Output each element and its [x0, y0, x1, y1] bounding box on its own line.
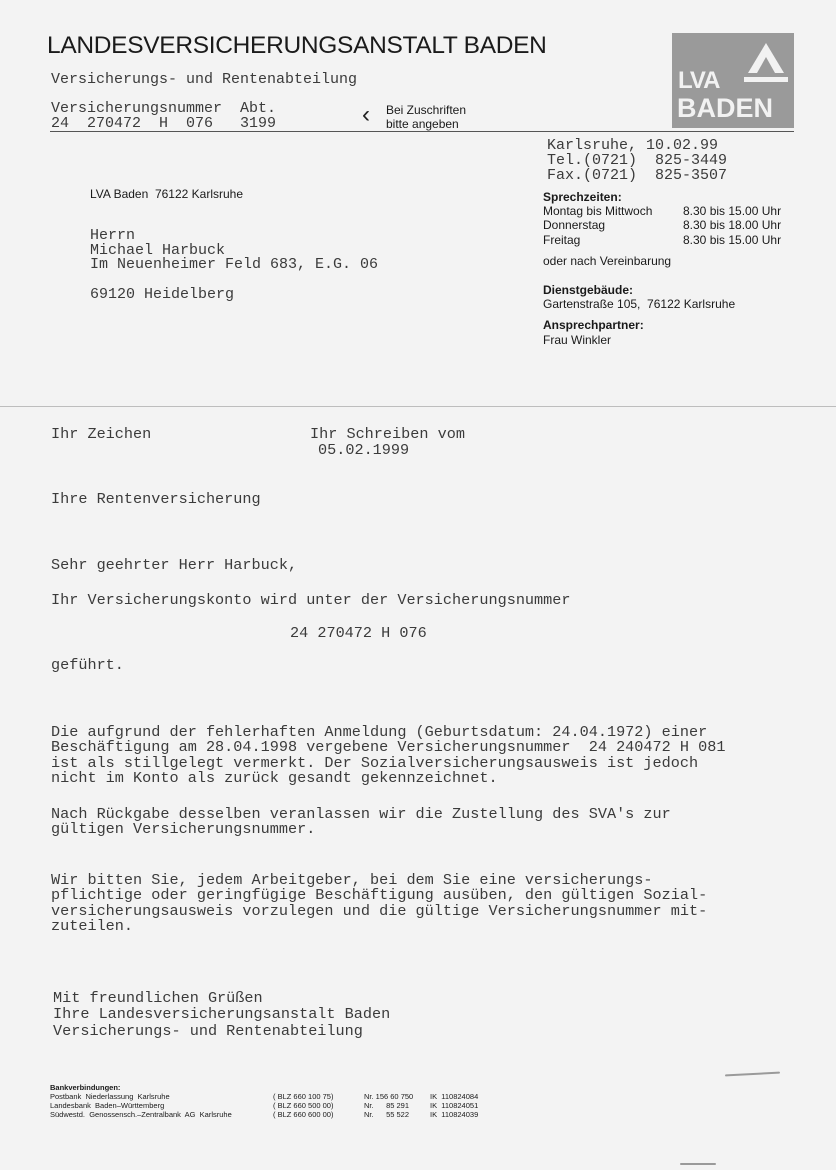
- bank-blz: ( BLZ 660 600 00): [273, 1111, 333, 1120]
- reference-label: Versicherungsnummer Abt.: [51, 101, 276, 116]
- office-hours-time: 8.30 bis 15.00 Uhr: [683, 233, 781, 248]
- recipient-street: Im Neuenheimer Feld 683, E.G. 06: [90, 256, 378, 273]
- contact-block: Karlsruhe, 10.02.99 Tel.(0721) 825-3449 …: [547, 138, 727, 183]
- your-letter-date: 05.02.1999: [318, 442, 409, 458]
- bank-account-number: Nr. 55 522: [364, 1111, 409, 1120]
- bank-title: Bankverbindungen:: [50, 1083, 120, 1092]
- scan-mark: [725, 1072, 780, 1077]
- salutation: Sehr geehrter Herr Harbuck,: [51, 557, 297, 573]
- office-hours-time: 8.30 bis 15.00 Uhr: [683, 204, 781, 219]
- logo-text-baden: BADEN: [677, 93, 773, 124]
- building-address: Gartenstraße 105, 76122 Karlsruhe: [543, 297, 735, 311]
- closing: Mit freundlichen Grüßen Ihre Landesversi…: [53, 990, 390, 1039]
- hint-line-2: bitte angeben: [386, 117, 459, 131]
- recipient-city: 69120 Heidelberg: [90, 287, 234, 303]
- logo-bar: [744, 77, 788, 82]
- your-reference-label: Ihr Zeichen: [51, 426, 151, 442]
- paragraph-1-end: geführt.: [51, 657, 124, 673]
- paragraph-1: Ihr Versicherungskonto wird unter der Ve…: [51, 592, 571, 608]
- chevron-left-icon: ‹: [362, 103, 370, 127]
- department-subtitle: Versicherungs- und Rentenabteilung: [51, 72, 357, 88]
- office-hours-note: oder nach Vereinbarung: [543, 254, 671, 268]
- hint-line-1: Bei Zuschriften: [386, 103, 466, 117]
- reference-hint: Bei Zuschriften bitte angeben: [386, 103, 466, 131]
- bank-ik: IK 110824039: [430, 1111, 478, 1120]
- insurance-number: 24 270472 H 076: [290, 625, 427, 641]
- header-rule: [50, 131, 794, 132]
- office-hours-days: Freitag: [543, 233, 580, 248]
- contact-person: Frau Winkler: [543, 333, 611, 347]
- your-letter-label: Ihr Schreiben vom: [310, 426, 465, 442]
- office-hours-days: Donnerstag: [543, 218, 605, 233]
- office-hours-title: Sprechzeiten:: [543, 190, 622, 204]
- subject-line: Ihre Rentenversicherung: [51, 491, 261, 507]
- paragraph-3: Nach Rückgabe desselben veranlassen wir …: [51, 807, 671, 838]
- building-title: Dienstgebäude:: [543, 283, 633, 297]
- fax: Fax.(0721) 825-3507: [547, 167, 727, 184]
- logo-text-lva: LVA: [678, 67, 719, 95]
- mountain-triangle-inner: [757, 57, 775, 73]
- contact-person-title: Ansprechpartner:: [543, 318, 644, 332]
- organization-title: LANDESVERSICHERUNGSANSTALT BADEN: [47, 32, 547, 60]
- office-hours-days: Montag bis Mittwoch: [543, 204, 652, 219]
- scan-mark: [680, 1163, 716, 1165]
- paper-fold-line: [0, 406, 836, 407]
- lva-baden-logo: LVA BADEN: [672, 33, 794, 128]
- reference-value: 24 270472 H 076 3199: [51, 116, 276, 131]
- recipient-address: Herrn Michael Harbuck Im Neuenheimer Fel…: [90, 229, 378, 273]
- paragraph-2: Die aufgrund der fehlerhaften Anmeldung …: [51, 725, 725, 786]
- return-address: LVA Baden 76122 Karlsruhe: [90, 187, 243, 201]
- paragraph-4: Wir bitten Sie, jedem Arbeitgeber, bei d…: [51, 873, 707, 934]
- office-hours-time: 8.30 bis 18.00 Uhr: [683, 218, 781, 233]
- bank-name: Südwestd. Genossensch.–Zentralbank AG Ka…: [50, 1111, 232, 1120]
